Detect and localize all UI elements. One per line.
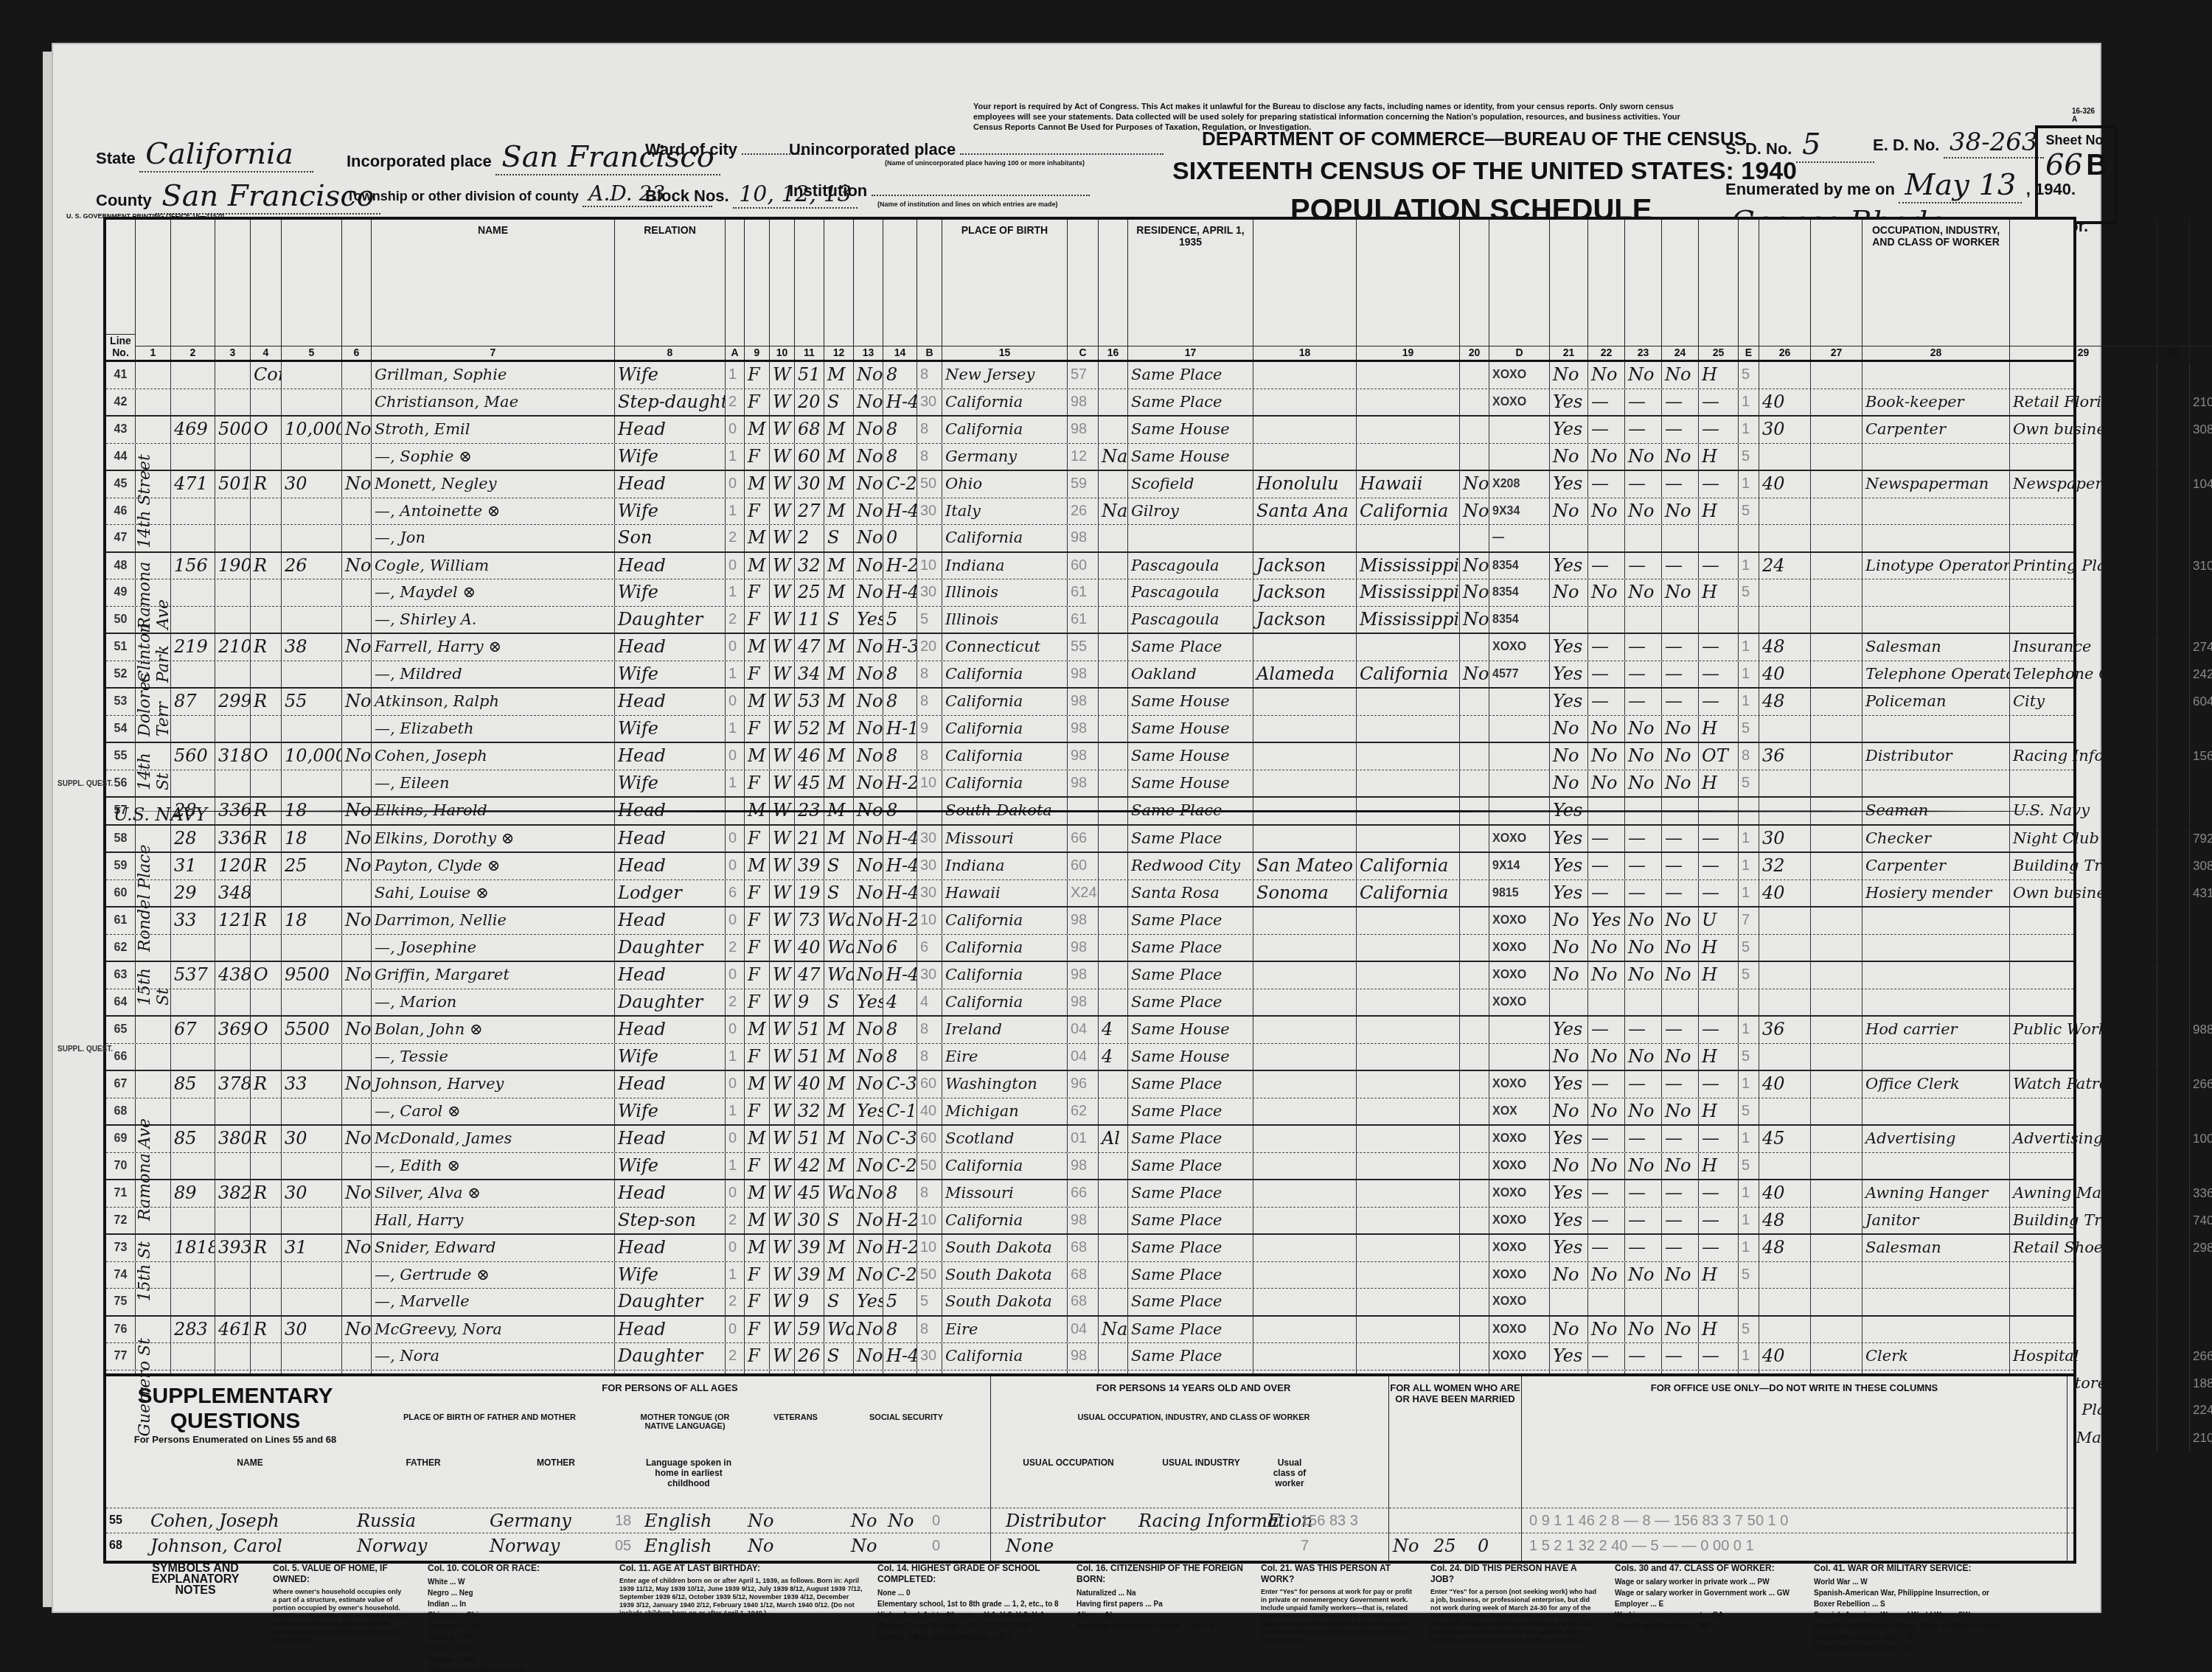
supplementary-cell-g: 18	[615, 1508, 644, 1533]
cell-name: —, Sophie ⊗	[372, 444, 615, 470]
cell-b: 30	[917, 826, 942, 852]
cell-value: 33	[282, 1071, 342, 1098]
cell-farm: No	[342, 1317, 372, 1343]
cell-relation: Head	[615, 1071, 726, 1098]
cell-c25	[1699, 525, 1739, 551]
cell-industry: Racing Information	[2010, 743, 2157, 770]
column-header-birth: PLACE OF BIRTH15	[942, 220, 1068, 360]
cell-occupation	[1863, 962, 2010, 989]
cell-farm	[342, 362, 372, 389]
cell-f	[2190, 498, 2212, 525]
cell-marital: M	[824, 826, 854, 852]
cell-res-farm	[1460, 1017, 1489, 1043]
cell-e: 5	[1739, 1153, 1759, 1180]
cell-a: 0	[726, 689, 745, 715]
cell-c22: No	[1588, 498, 1625, 525]
department-title: DEPARTMENT OF COMMERCE—BUREAU OF THE CEN…	[1202, 128, 1747, 150]
cell-age: 19	[795, 880, 824, 907]
cell-c23: —	[1625, 826, 1662, 852]
cell-school: Yes	[854, 989, 883, 1016]
cell-birth: Ohio	[942, 471, 1068, 498]
cell-b: 20	[917, 634, 942, 661]
cell-res-farm	[1460, 716, 1489, 742]
cell-relation: Head	[615, 1317, 726, 1343]
cell-c24: No	[1662, 444, 1699, 470]
cell-line: 58	[106, 826, 136, 852]
cell-b: 60	[917, 1126, 942, 1152]
cell-relation: Head	[615, 826, 726, 852]
cell-value	[282, 1289, 342, 1315]
column-number: 9	[745, 346, 769, 358]
cell-e: 1	[1739, 1235, 1759, 1261]
cell-c23: No	[1625, 1262, 1662, 1289]
cell-line: 50	[106, 607, 136, 633]
cell-value: 10,000	[282, 417, 342, 443]
cell-name: Christianson, Mae	[372, 389, 615, 416]
cell-line: 42	[106, 389, 136, 416]
cell-value	[282, 362, 342, 389]
supplementary-cell-usual-occupation: Distributor	[1006, 1508, 1131, 1533]
cell-grade: 8	[883, 1180, 917, 1207]
cell-class: PW	[2157, 1343, 2190, 1370]
cell-e: 5	[1739, 1044, 1759, 1070]
cell-age: 32	[795, 1098, 824, 1125]
column-number: 11	[795, 346, 824, 358]
cell-value: 18	[282, 826, 342, 852]
cell-farm: No	[342, 853, 372, 879]
cell-birth: California	[942, 389, 1068, 416]
cell-a: 0	[726, 1317, 745, 1343]
cell-race: W	[770, 880, 795, 907]
supplementary-subheader: MOTHER TONGUE (OR NATIVE LANGUAGE)	[630, 1413, 740, 1431]
cell-line: 68	[106, 1098, 136, 1125]
cell-e: 1	[1739, 880, 1759, 907]
cell-res-county	[1253, 1180, 1357, 1207]
cell-c24: —	[1662, 689, 1699, 715]
cell-res-state: Mississippi	[1357, 579, 1460, 606]
cell-race: W	[770, 661, 795, 688]
cell-grade: C-2	[883, 1262, 917, 1289]
cell-b: 50	[917, 471, 942, 498]
cell-res-farm: No	[1460, 661, 1489, 688]
cell-line: 52	[106, 661, 136, 688]
column-number: 25	[1699, 346, 1738, 358]
cell-line: 65	[106, 1017, 136, 1043]
cell-c23: No	[1625, 362, 1662, 389]
note-col30: Cols. 30 and 47. CLASS OF WORKER:Wage or…	[1615, 1563, 1799, 1632]
column-header-tenure: 4	[251, 220, 282, 360]
cell-tenure: R	[251, 553, 282, 579]
cell-cit	[1099, 471, 1128, 498]
cell-tenure: O	[251, 962, 282, 989]
cell-e: 5	[1739, 498, 1759, 525]
cell-tenure	[251, 525, 282, 551]
cell-relation: Daughter	[615, 989, 726, 1016]
cell-industry: Newspaper	[2010, 471, 2157, 498]
cell-c26: 45	[1759, 1126, 1811, 1152]
cell-cit: Na	[1099, 1317, 1128, 1343]
cell-sex: M	[745, 743, 770, 770]
cell-value	[282, 1153, 342, 1180]
cell-race: W	[770, 525, 795, 551]
cell-c22: —	[1588, 661, 1625, 688]
cell-c: 98	[1068, 989, 1099, 1016]
cell-res-state: California	[1357, 661, 1460, 688]
cell-a: 1	[726, 1262, 745, 1289]
cell-res-farm	[1460, 1208, 1489, 1234]
cell-race: W	[770, 1044, 795, 1070]
cell-c: 98	[1068, 716, 1099, 742]
cell-res-farm: No	[1460, 553, 1489, 579]
cell-c21: Yes	[1550, 1126, 1588, 1152]
cell-c23: No	[1625, 1098, 1662, 1125]
cell-c25: —	[1699, 634, 1739, 661]
cell-farm: No	[342, 1235, 372, 1261]
cell-c: 57	[1068, 362, 1099, 389]
table-row: 48156190R26NoCogle, WilliamHead0MW32MNoH…	[106, 553, 2073, 580]
column-header-class: 30	[2157, 220, 2190, 360]
cell-class: PW	[2157, 826, 2190, 852]
cell-c22: —	[1588, 471, 1625, 498]
cell-f	[2190, 1044, 2212, 1070]
cell-race: W	[770, 1126, 795, 1152]
cell-value: 30	[282, 1126, 342, 1152]
column-header-res-city: RESIDENCE, APRIL 1, 193517	[1128, 220, 1253, 360]
cell-res-county	[1253, 1317, 1357, 1343]
cell-occupation: Checker	[1863, 826, 2010, 852]
cell-class	[2157, 908, 2190, 934]
cell-grade: C-2	[883, 471, 917, 498]
cell-relation: Step-daughter	[615, 389, 726, 416]
cell-c21: No	[1550, 362, 1588, 389]
cell-c27	[1811, 908, 1863, 934]
cell-tenure: Continued	[251, 362, 282, 389]
cell-occupation	[1863, 1044, 2010, 1070]
cell-visit	[215, 498, 251, 525]
cell-d: XOXO	[1489, 1317, 1550, 1343]
supplementary-cell-ss-deductions	[888, 1533, 925, 1558]
cell-race: W	[770, 1208, 795, 1234]
cell-f	[2190, 989, 2212, 1016]
cell-c26	[1759, 607, 1811, 633]
cell-occupation	[1863, 716, 2010, 742]
cell-e: 5	[1739, 962, 1759, 989]
cell-c23: No	[1625, 770, 1662, 797]
cell-res-state	[1357, 1098, 1460, 1125]
cell-race: W	[770, 362, 795, 389]
cell-res-city: Same Place	[1128, 1289, 1253, 1315]
cell-res-county	[1253, 1098, 1357, 1125]
cell-a: 1	[726, 498, 745, 525]
column-number: 20	[1460, 346, 1489, 358]
cell-school: No	[854, 962, 883, 989]
cell-house	[171, 989, 215, 1016]
cell-race: W	[770, 1071, 795, 1098]
cell-farm	[342, 525, 372, 551]
cell-res-county	[1253, 634, 1357, 661]
cell-farm: No	[342, 471, 372, 498]
cell-industry	[2010, 1044, 2157, 1070]
cell-occupation	[1863, 908, 2010, 934]
cell-c24: —	[1662, 1017, 1699, 1043]
cell-cit	[1099, 1153, 1128, 1180]
cell-res-farm: No	[1460, 498, 1489, 525]
table-row: 6133121R18NoDarrimon, NellieHead0FW73WdN…	[106, 908, 2073, 935]
cell-line: 62	[106, 935, 136, 961]
cell-line: 54	[106, 716, 136, 742]
cell-c25: H	[1699, 362, 1739, 389]
cell-f: 242 55 1	[2190, 661, 2212, 688]
cell-school: No	[854, 362, 883, 389]
cell-value	[282, 1262, 342, 1289]
cell-sex: F	[745, 444, 770, 470]
cell-d: XOXO	[1489, 1180, 1550, 1207]
cell-house: 219	[171, 634, 215, 661]
cell-f: 308 V9 1	[2190, 853, 2212, 879]
cell-f	[2190, 1289, 2212, 1315]
table-row: 52—, MildredWife1FW34MNo88California98Oa…	[106, 661, 2073, 689]
cell-res-city: Same House	[1128, 417, 1253, 443]
cell-c23: —	[1625, 1126, 1662, 1152]
cell-class: GW	[2157, 1017, 2190, 1043]
cell-class	[2157, 989, 2190, 1016]
cell-b: 10	[917, 908, 942, 934]
cell-visit: 461	[215, 1317, 251, 1343]
cell-res-farm	[1460, 444, 1489, 470]
cell-a: 1	[726, 579, 745, 606]
cell-b: 8	[917, 1044, 942, 1070]
cell-f	[2190, 1262, 2212, 1289]
cell-c26	[1759, 716, 1811, 742]
cell-name: —, Carol ⊗	[372, 1098, 615, 1125]
cell-c24	[1662, 607, 1699, 633]
cell-school: No	[854, 1343, 883, 1370]
column-number: 10	[770, 346, 794, 358]
cell-occupation: Janitor	[1863, 1208, 2010, 1234]
column-number: A	[726, 346, 744, 358]
cell-d: XOXO	[1489, 1343, 1550, 1370]
column-header-c22: 22	[1588, 220, 1625, 360]
cell-c27	[1811, 1235, 1863, 1261]
column-number: Line No.	[106, 334, 135, 358]
cell-visit: 382	[215, 1180, 251, 1207]
cell-c21: No	[1550, 498, 1588, 525]
cell-c26	[1759, 770, 1811, 797]
cell-c26: 40	[1759, 661, 1811, 688]
cell-c22: No	[1588, 1098, 1625, 1125]
cell-c21: No	[1550, 1098, 1588, 1125]
cell-c25: H	[1699, 1044, 1739, 1070]
cell-birth: Indiana	[942, 853, 1068, 879]
cell-res-city: Scofield	[1128, 471, 1253, 498]
cell-c: 98	[1068, 1208, 1099, 1234]
cell-c: 98	[1068, 743, 1099, 770]
cell-relation: Wife	[615, 1262, 726, 1289]
cell-f	[2190, 579, 2212, 606]
cell-grade: 8	[883, 362, 917, 389]
cell-race: W	[770, 743, 795, 770]
cell-house	[171, 1044, 215, 1070]
cell-c: 12	[1068, 444, 1099, 470]
institution-field: Institution (Name of institution and lin…	[789, 181, 1090, 208]
cell-e: 5	[1739, 1098, 1759, 1125]
cell-c24: No	[1662, 1153, 1699, 1180]
cell-c25: H	[1699, 716, 1739, 742]
cell-e: 5	[1739, 1317, 1759, 1343]
cell-c: 60	[1068, 553, 1099, 579]
cell-tenure	[251, 389, 282, 416]
cell-sex: F	[745, 826, 770, 852]
table-row: 6029348Sahi, Louise ⊗Lodger6FW19SNoH-430…	[106, 880, 2073, 908]
cell-c23	[1625, 1289, 1662, 1315]
cell-birth: California	[942, 1153, 1068, 1180]
cell-sex: F	[745, 908, 770, 934]
cell-c26: 40	[1759, 1343, 1811, 1370]
column-number: 12	[824, 346, 853, 358]
cell-c26: 48	[1759, 689, 1811, 715]
cell-f: 224 14 1	[2190, 1397, 2212, 1424]
cell-class	[2157, 444, 2190, 470]
note-col16: Col. 16. CITIZENSHIP OF THE FOREIGN BORN…	[1077, 1563, 1246, 1632]
cell-d: XOX	[1489, 1098, 1550, 1125]
cell-a: 1	[726, 444, 745, 470]
cell-tenure	[251, 716, 282, 742]
cell-house: 31	[171, 853, 215, 879]
cell-birth: Washington	[942, 1071, 1068, 1098]
cell-a: 2	[726, 607, 745, 633]
cell-c27	[1811, 1317, 1863, 1343]
cell-c25: H	[1699, 444, 1739, 470]
cell-c21: Yes	[1550, 853, 1588, 879]
cell-c26	[1759, 989, 1811, 1016]
cell-tenure: O	[251, 417, 282, 443]
cell-farm	[342, 1044, 372, 1070]
cell-industry: Night Club	[2010, 826, 2157, 852]
cell-res-state	[1357, 962, 1460, 989]
cell-c26: 36	[1759, 1017, 1811, 1043]
cell-c26: 48	[1759, 1235, 1811, 1261]
cell-c25: OT	[1699, 743, 1739, 770]
cell-c24: —	[1662, 661, 1699, 688]
cell-marital: S	[824, 1289, 854, 1315]
column-header-c27: 27	[1811, 220, 1863, 360]
cell-farm	[342, 1289, 372, 1315]
column-number: 29	[2010, 346, 2157, 358]
cell-c24: No	[1662, 1044, 1699, 1070]
cell-name: Snider, Edward	[372, 1235, 615, 1261]
cell-c23: —	[1625, 1017, 1662, 1043]
cell-sex: M	[745, 1180, 770, 1207]
cell-b: 10	[917, 1208, 942, 1234]
cell-occupation	[1863, 770, 2010, 797]
cell-birth: Scotland	[942, 1126, 1068, 1152]
cell-res-farm	[1460, 880, 1489, 907]
supplementary-cell-age-first: 25	[1433, 1533, 1470, 1558]
cell-grade: H-4	[883, 962, 917, 989]
cell-d: XOXO	[1489, 1071, 1550, 1098]
cell-d	[1489, 1017, 1550, 1043]
cell-c23: —	[1625, 853, 1662, 879]
cell-visit: 393	[215, 1235, 251, 1261]
cell-c26: 30	[1759, 826, 1811, 852]
cell-grade: H-4	[883, 880, 917, 907]
cell-class: PW	[2157, 853, 2190, 879]
cell-c26	[1759, 362, 1811, 389]
cell-cit	[1099, 525, 1128, 551]
cell-occupation	[1863, 1289, 2010, 1315]
cell-industry: Own business	[2010, 880, 2157, 907]
supplementary-subheader: SOCIAL SECURITY	[851, 1413, 961, 1422]
cell-name: —, Nora	[372, 1343, 615, 1370]
cell-sex: F	[745, 1153, 770, 1180]
cell-line: 75	[106, 1289, 136, 1315]
cell-c: 68	[1068, 1235, 1099, 1261]
cell-f	[2190, 716, 2212, 742]
cell-occupation	[1863, 989, 2010, 1016]
cell-house	[171, 1153, 215, 1180]
cell-tenure	[251, 1343, 282, 1370]
cell-house	[171, 1262, 215, 1289]
cell-age: 46	[795, 743, 824, 770]
cell-birth: New Jersey	[942, 362, 1068, 389]
cell-res-city: Same House	[1128, 716, 1253, 742]
cell-c25: H	[1699, 1262, 1739, 1289]
cell-tenure: R	[251, 634, 282, 661]
cell-res-county	[1253, 826, 1357, 852]
cell-marital: S	[824, 853, 854, 879]
cell-marital: M	[824, 770, 854, 797]
street-name-note: Guerrero St	[136, 1302, 154, 1437]
cell-name: —, Eileen	[372, 770, 615, 797]
cell-house: 33	[171, 908, 215, 934]
cell-c22: No	[1588, 444, 1625, 470]
cell-c: 98	[1068, 1153, 1099, 1180]
cell-visit: 121	[215, 908, 251, 934]
cell-c22: No	[1588, 1317, 1625, 1343]
cell-res-county	[1253, 1343, 1357, 1370]
cell-birth: Eire	[942, 1317, 1068, 1343]
cell-c25	[1699, 607, 1739, 633]
cell-c22: Yes	[1588, 908, 1625, 934]
column-header-marital: 12	[824, 220, 854, 360]
cell-school: No	[854, 716, 883, 742]
cell-c23: No	[1625, 444, 1662, 470]
cell-c25: —	[1699, 853, 1739, 879]
cell-birth: South Dakota	[942, 1262, 1068, 1289]
cell-a: 0	[726, 1126, 745, 1152]
cell-school: No	[854, 579, 883, 606]
cell-line: 74	[106, 1262, 136, 1289]
cell-age: 52	[795, 716, 824, 742]
cell-age: 9	[795, 1289, 824, 1315]
cell-c: 98	[1068, 525, 1099, 551]
cell-value	[282, 880, 342, 907]
cell-e: 5	[1739, 362, 1759, 389]
cell-sex: M	[745, 689, 770, 715]
cell-house	[171, 1289, 215, 1315]
cell-line: 73	[106, 1235, 136, 1261]
cell-name: McGreevy, Nora	[372, 1317, 615, 1343]
cell-res-state	[1357, 417, 1460, 443]
cell-farm	[342, 1343, 372, 1370]
supplementary-row: 68Johnson, CarolNorwayNorway05EnglishNoN…	[106, 1533, 2073, 1558]
cell-e: 1	[1739, 826, 1759, 852]
cell-school: No	[854, 935, 883, 961]
cell-c21: No	[1550, 743, 1588, 770]
cell-marital: Wd	[824, 962, 854, 989]
cell-c23: No	[1625, 935, 1662, 961]
cell-industry: Building Trades Building	[2010, 1208, 2157, 1234]
